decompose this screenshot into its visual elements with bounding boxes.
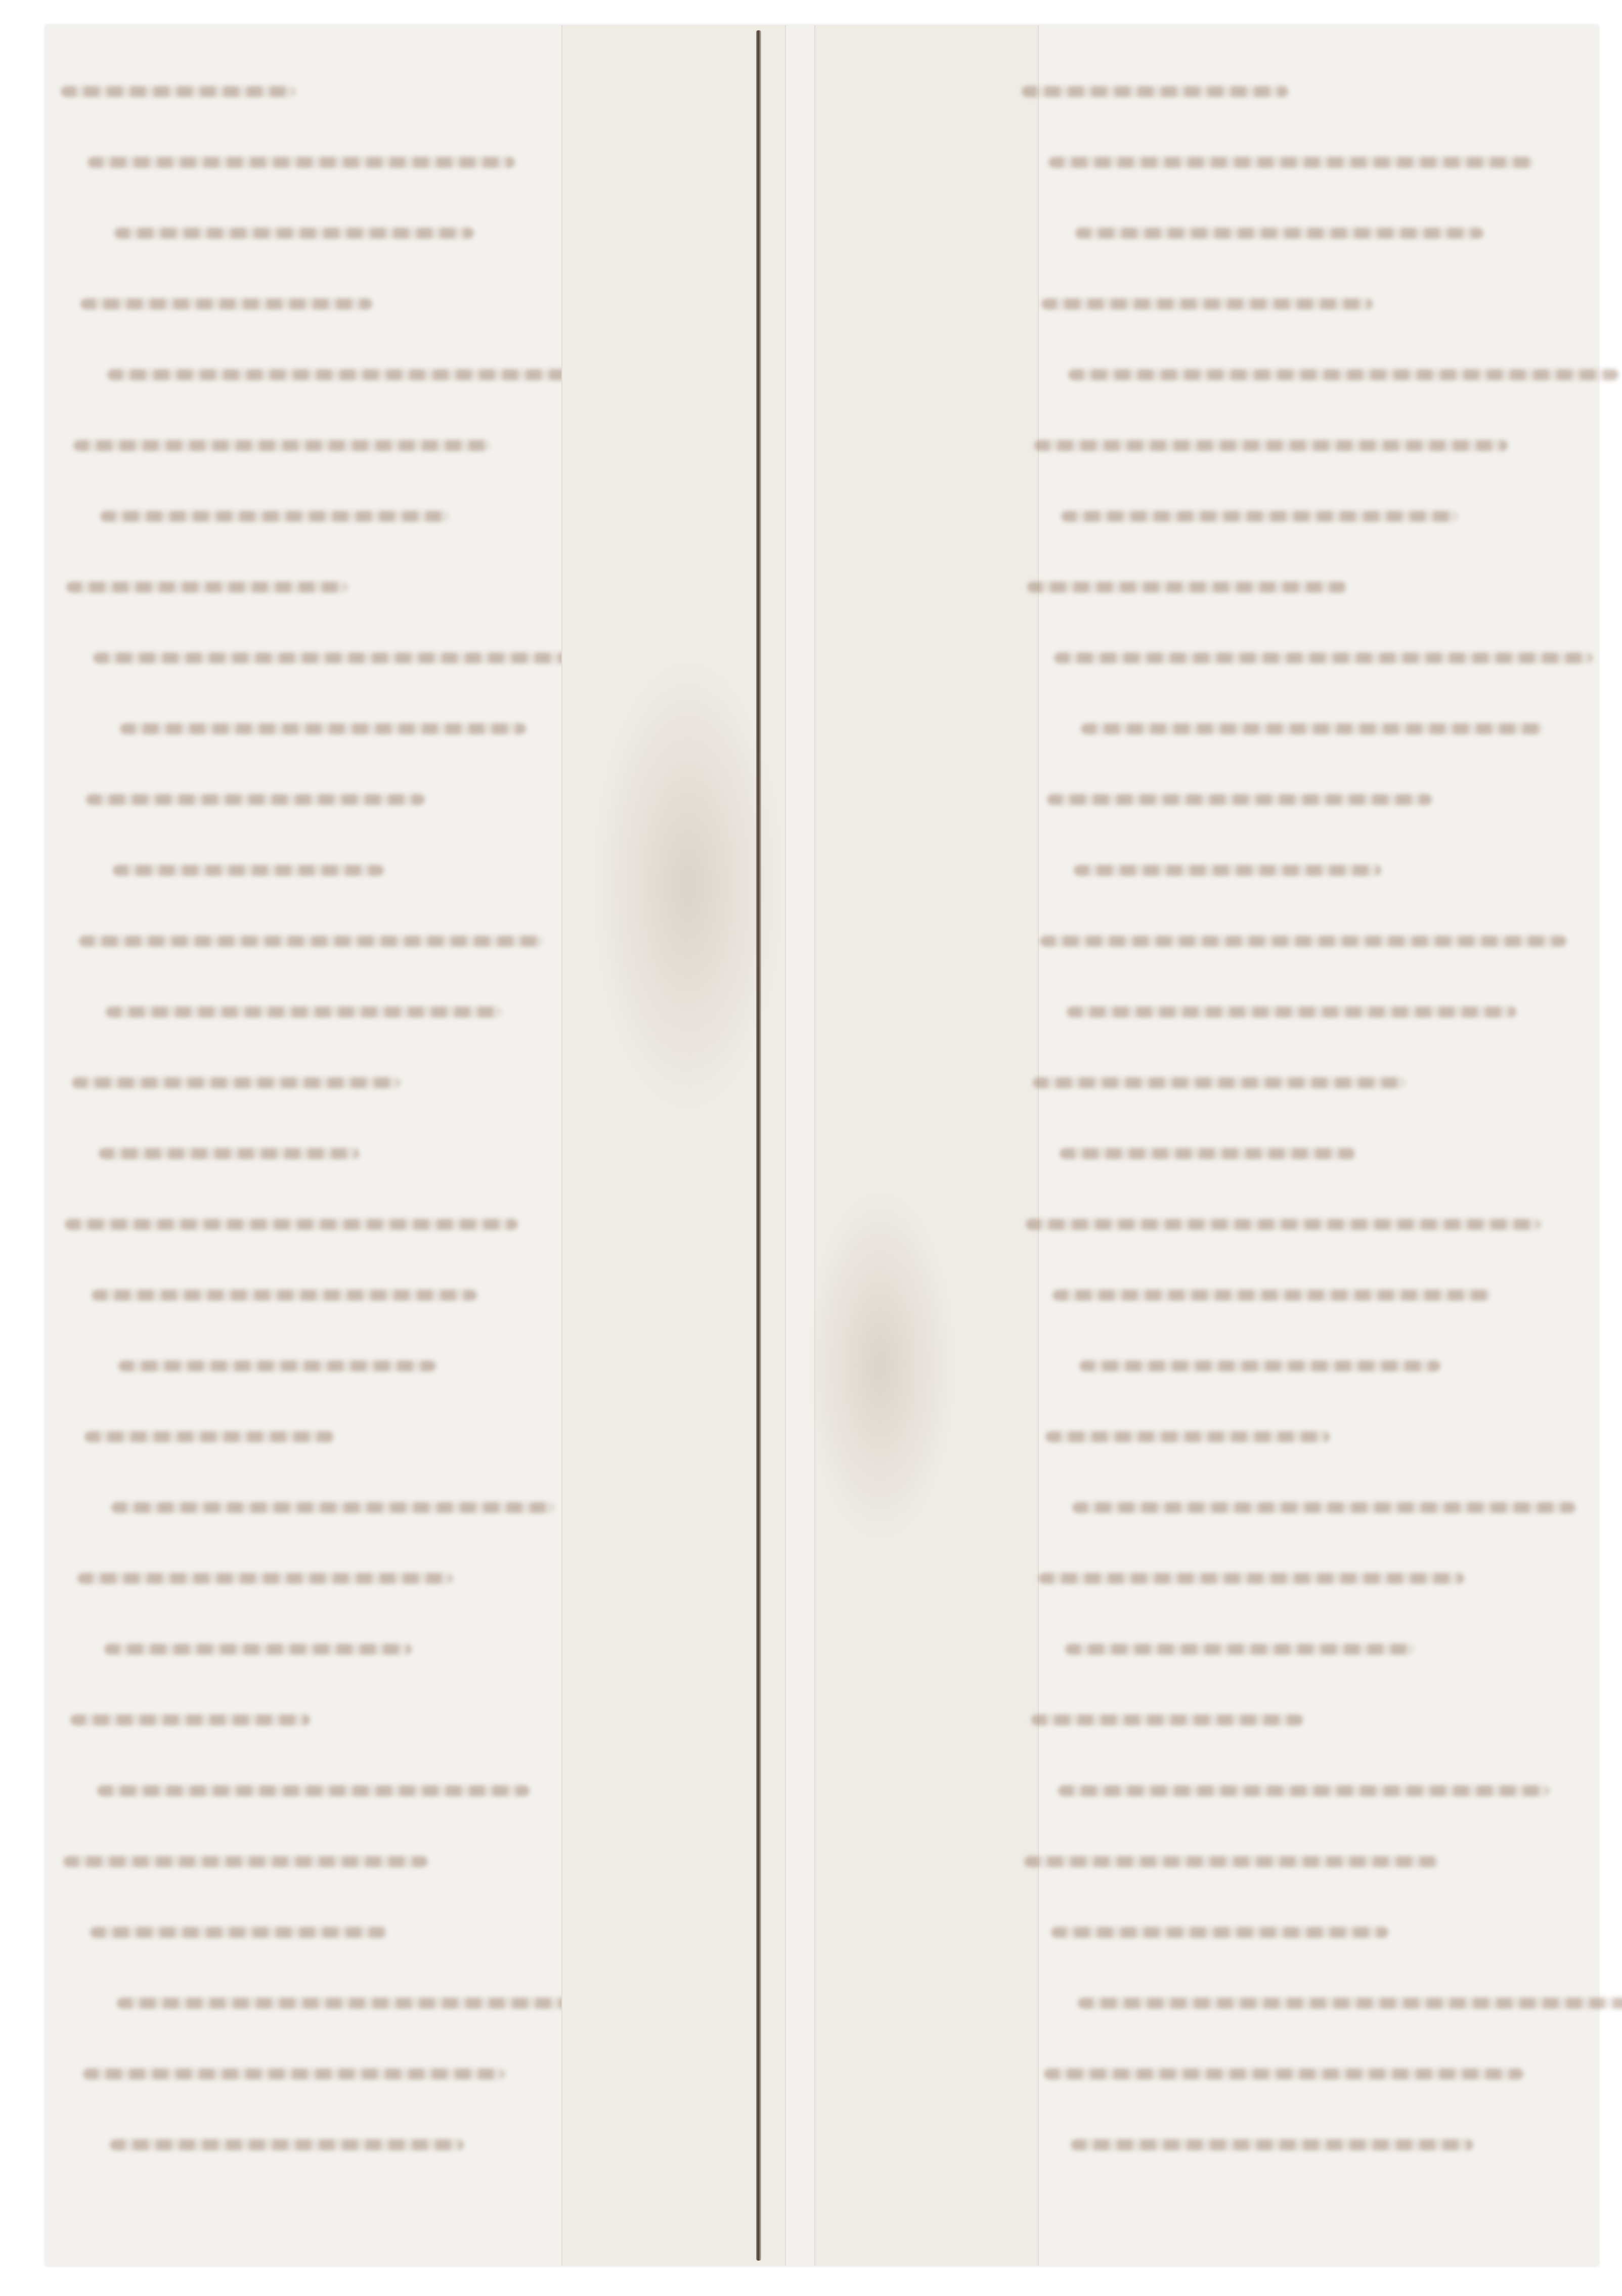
faded-text-line — [1031, 1714, 1303, 1726]
faded-text-line — [118, 1360, 436, 1372]
faded-text-line — [1060, 1148, 1355, 1159]
right-text-column — [1006, 25, 1598, 2266]
faded-text-line — [1047, 794, 1432, 805]
faded-text-line — [84, 1431, 334, 1442]
faded-text-line — [1044, 2068, 1523, 2080]
faded-text-line — [1061, 511, 1458, 522]
faded-text-line — [1081, 723, 1543, 734]
faded-text-line — [61, 86, 295, 97]
left-tape-strip — [561, 25, 786, 2266]
faded-text-line — [90, 1927, 387, 1938]
faded-text-line — [93, 652, 567, 664]
faded-text-line — [1054, 652, 1593, 664]
faded-text-line — [83, 2068, 505, 2080]
stain — [804, 1188, 956, 1542]
faded-text-line — [106, 1006, 502, 1018]
faded-text-line — [73, 440, 490, 451]
faded-text-line — [1068, 369, 1618, 380]
faded-text-line — [1048, 157, 1533, 168]
faded-text-line — [1079, 1360, 1440, 1372]
center-crack — [756, 30, 761, 2261]
faded-text-line — [1072, 1502, 1575, 1513]
faded-text-line — [77, 1573, 453, 1584]
left-text-column — [46, 25, 566, 2266]
faded-text-line — [79, 936, 543, 947]
faded-text-line — [65, 1219, 518, 1230]
faded-text-line — [1026, 1219, 1541, 1230]
faded-text-line — [104, 1644, 412, 1655]
faded-text-line — [1041, 298, 1373, 310]
faded-text-line — [86, 794, 425, 805]
faded-text-line — [1045, 1431, 1330, 1442]
faded-text-line — [1065, 1644, 1414, 1655]
faded-text-line — [92, 1290, 477, 1301]
faded-text-line — [113, 865, 384, 876]
faded-text-line — [114, 228, 474, 239]
faded-text-line — [111, 1502, 554, 1513]
faded-text-line — [72, 1077, 400, 1088]
faded-text-line — [97, 1785, 530, 1796]
paper-sheet — [46, 25, 1598, 2266]
faded-text-line — [87, 157, 515, 168]
faded-text-line — [63, 1856, 428, 1867]
faded-text-line — [117, 1998, 606, 2009]
faded-text-line — [1040, 936, 1566, 947]
faded-text-line — [1074, 865, 1381, 876]
faded-text-line — [120, 723, 526, 734]
faded-text-line — [1067, 1006, 1516, 1018]
faded-text-line — [1033, 1077, 1406, 1088]
faded-text-line — [1038, 1573, 1464, 1584]
faded-text-line — [1027, 582, 1347, 593]
faded-text-line — [99, 1148, 359, 1159]
faded-text-line — [70, 1714, 310, 1726]
faded-text-line — [1075, 228, 1483, 239]
faded-text-line — [110, 2139, 464, 2150]
faded-text-line — [1078, 1998, 1622, 2009]
stain — [592, 657, 784, 1113]
faded-text-line — [1071, 2139, 1473, 2150]
faded-text-line — [1051, 1927, 1388, 1938]
faded-text-line — [1022, 86, 1288, 97]
faded-text-line — [107, 369, 592, 380]
faded-text-line — [1053, 1290, 1491, 1301]
faded-text-line — [1024, 1856, 1438, 1867]
faded-text-line — [1058, 1785, 1549, 1796]
faded-text-line — [100, 511, 449, 522]
faded-text-line — [66, 582, 347, 593]
right-tape-strip — [814, 25, 1039, 2266]
faded-text-line — [80, 298, 372, 310]
faded-text-line — [1034, 440, 1508, 451]
